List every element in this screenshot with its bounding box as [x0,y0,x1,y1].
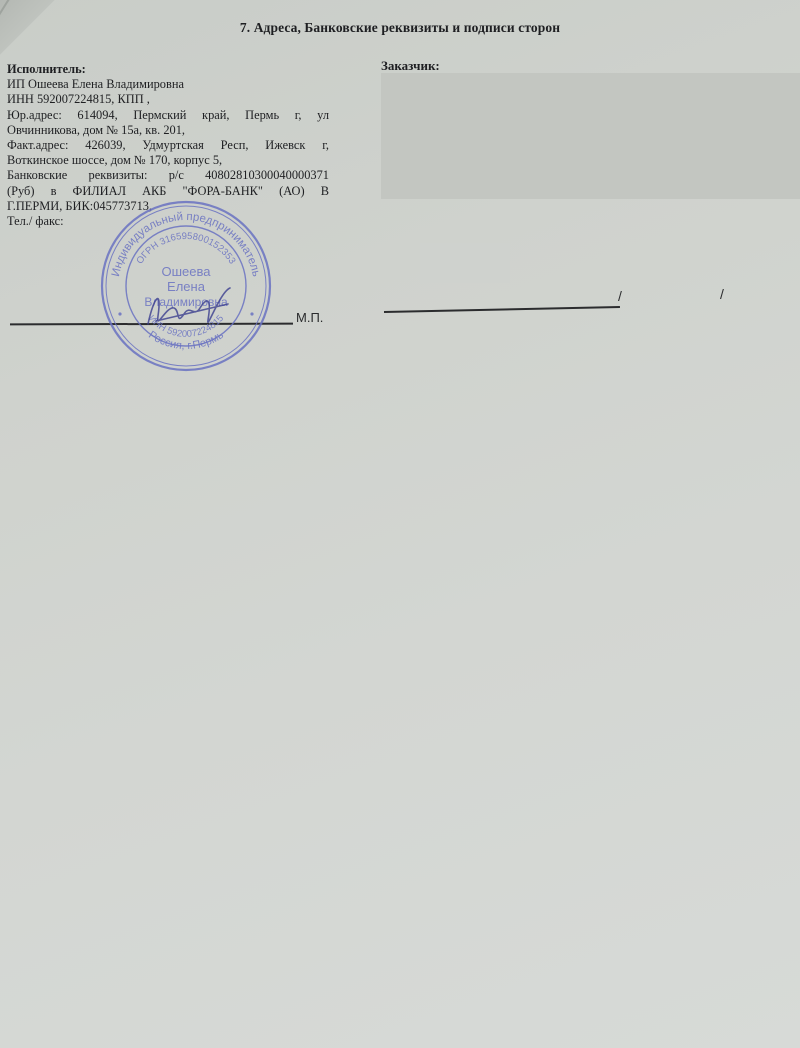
executor-label: Исполнитель: [7,62,329,77]
executor-name: ИП Ошеева Елена Владимировна [7,77,329,92]
executor-inn: ИНН 592007224815, КПП , [7,92,329,107]
stamp-place-label: М.П. [296,310,323,325]
customer-signature-redacted [420,243,510,283]
signature-separator: / [618,288,622,304]
executor-legal-address-cont: Овчинникова, дом № 15а, кв. 201, [7,123,329,138]
customer-signature-line [384,306,620,312]
company-stamp: Индивидуальный предприниматель Россия, г… [96,196,276,376]
customer-label: Заказчик: [381,58,440,74]
stamp-inner-top: ОГРН 316595800152353 [134,231,237,266]
signature-separator-end: / [720,286,724,302]
stamp-center-surname: Ошеева [162,264,212,279]
executor-legal-address: Юр.адрес: 614094, Пермский край, Пермь г… [7,108,329,123]
stamp-center-name: Елена [167,279,206,294]
section-title: 7. Адреса, Банковские реквизиты и подпис… [0,20,800,36]
customer-details-redacted [381,73,800,199]
executor-actual-address: Факт.адрес: 426039, Удмуртская Респ, Иже… [7,138,329,153]
executor-actual-address-cont: Воткинское шоссе, дом № 170, корпус 5, [7,153,329,168]
executor-bank-account: Банковские реквизиты: р/с 40802810300040… [7,168,329,183]
